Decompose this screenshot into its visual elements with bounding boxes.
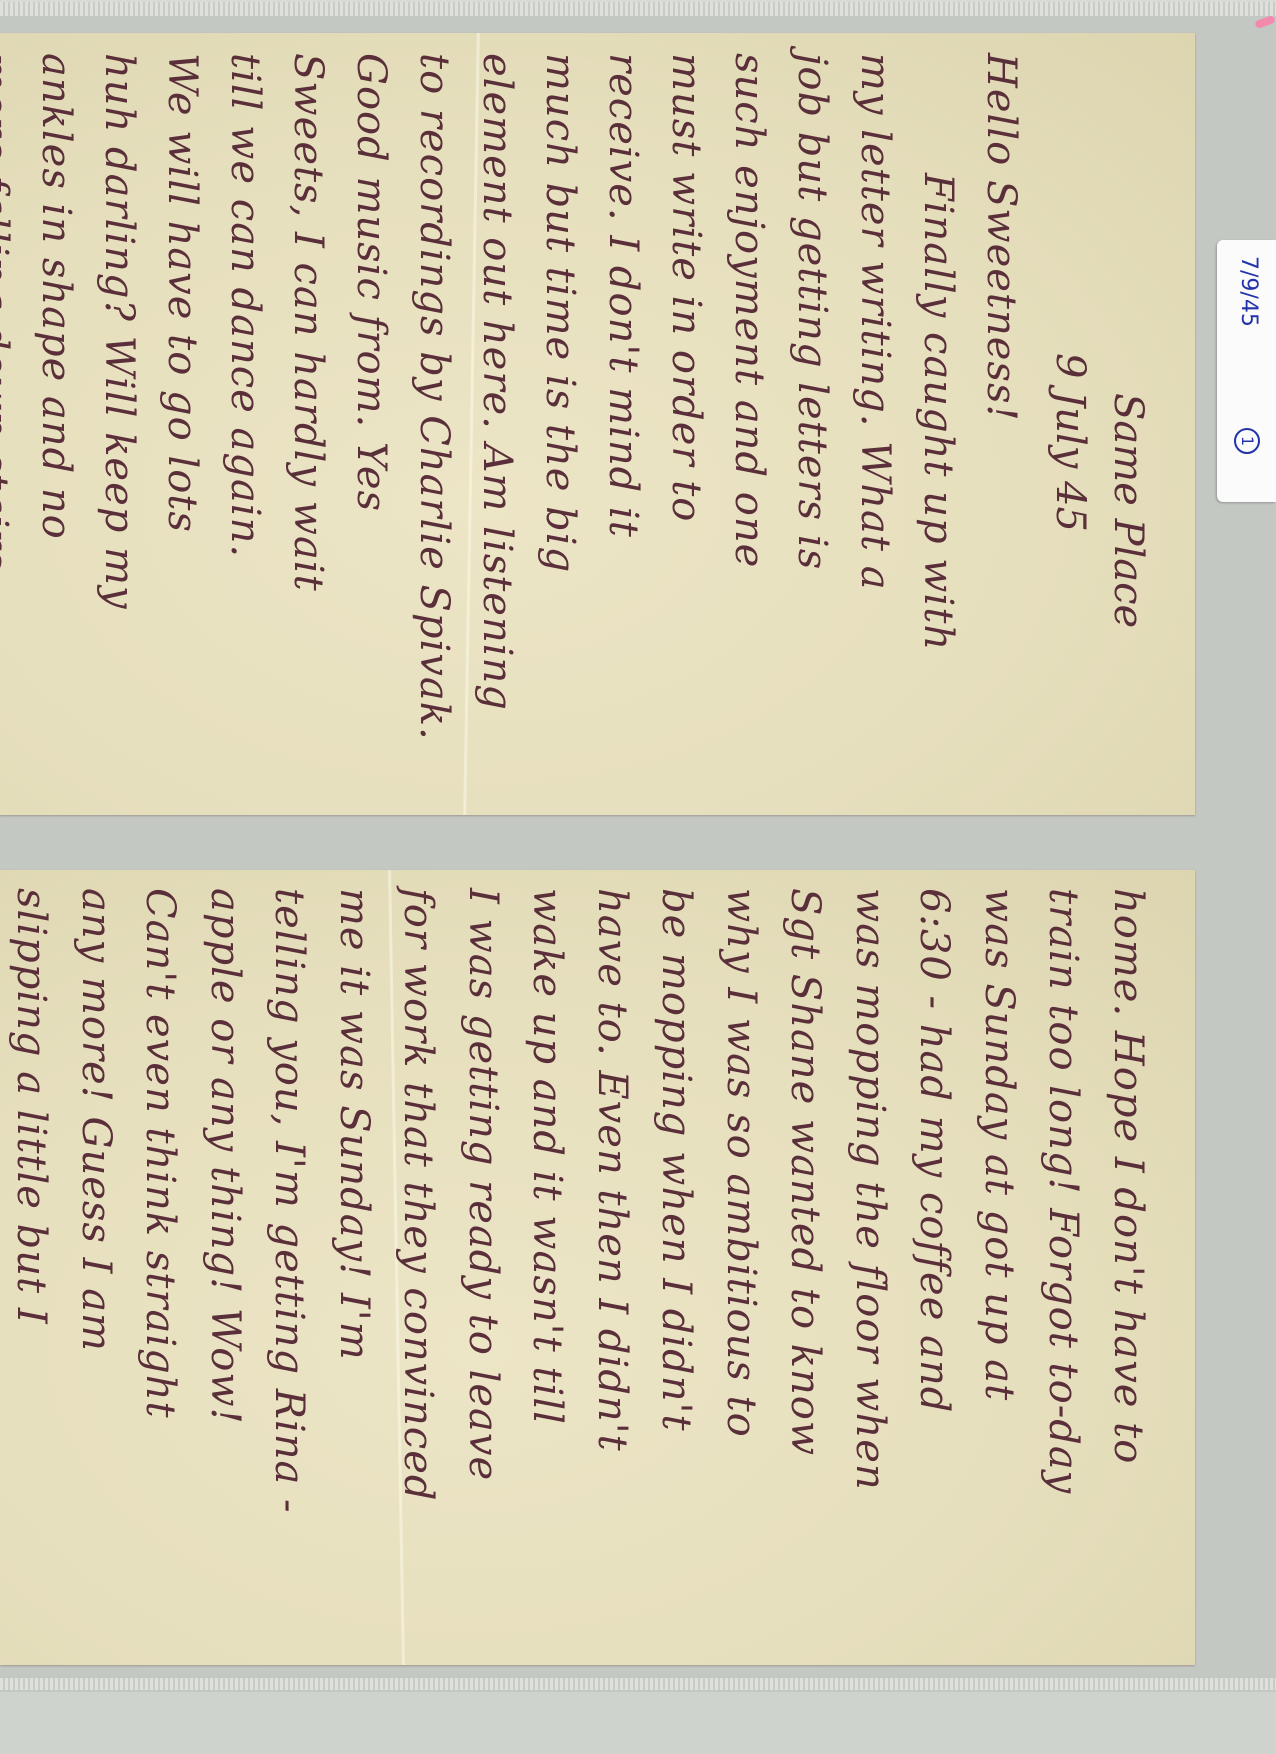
page-number-circle: 1 xyxy=(1234,428,1260,454)
letter-line: me it was Sunday! I'm xyxy=(322,888,387,1648)
letter-line: have to. Even then I didn't xyxy=(580,888,645,1648)
letter-line: Can't even think straight xyxy=(128,888,193,1648)
letter-date: 9 July 45 xyxy=(1038,353,1102,532)
letter-line: more falling down stairs xyxy=(0,53,24,793)
letter-line: job but getting letters is xyxy=(780,53,843,793)
letter-line: was Sunday at got up at xyxy=(967,888,1032,1648)
letter-line: till we can dance again. xyxy=(213,53,276,793)
letter-line: must write in order to xyxy=(654,53,717,793)
letter-line: Good music from. Yes xyxy=(339,53,402,793)
page-1-writing: Same Place 9 July 45 Hello Sweetness! Fi… xyxy=(0,53,1160,793)
letter-heading: Same Place 9 July 45 xyxy=(1032,53,1160,793)
letter-line: telling you, I'm getting Rina - xyxy=(257,888,322,1648)
letter-line: Finally caught up with xyxy=(906,53,969,793)
letter-line: 6:30 - had my coffee and xyxy=(902,888,967,1648)
salutation: Hello Sweetness! xyxy=(969,53,1032,793)
letter-line: Sgt Shane wanted to know xyxy=(773,888,838,1648)
letter-line: train too long! Forgot to-day xyxy=(1031,888,1096,1648)
pink-mark xyxy=(1254,15,1276,29)
letter-line: Sweets, I can hardly wait xyxy=(276,53,339,793)
letter-page-2: home. Hope I don't have to train too lon… xyxy=(0,870,1195,1665)
letter-place: Same Place xyxy=(1096,393,1160,628)
letter-line: receive. I don't mind it xyxy=(591,53,654,793)
index-label: 7/9/45 1 xyxy=(1217,240,1276,502)
letter-line: to recordings by Charlie Spivak. xyxy=(402,53,465,793)
letter-line: be mopping when I didn't xyxy=(644,888,709,1648)
sleeve-top-seam xyxy=(0,2,1276,16)
letter-line: was mopping the floor when xyxy=(838,888,903,1648)
page-2-writing: home. Hope I don't have to train too lon… xyxy=(0,888,1160,1648)
letter-line: home. Hope I don't have to xyxy=(1096,888,1161,1648)
label-page-number: 1 xyxy=(1234,428,1261,454)
letter-line: slipping a little but I xyxy=(0,888,64,1648)
letter-line: We will have to go lots xyxy=(150,53,213,793)
letter-line: any more! Guess I am xyxy=(64,888,129,1648)
letter-line: element out here. Am listening xyxy=(465,53,528,793)
letter-page-1: Same Place 9 July 45 Hello Sweetness! Fi… xyxy=(0,33,1195,815)
sleeve-bottom-seam xyxy=(0,1678,1276,1690)
letter-line: apple or any thing! Wow! xyxy=(193,888,258,1648)
letter-line: huh darling? Will keep my xyxy=(87,53,150,793)
letter-line: why I was so ambitious to xyxy=(709,888,774,1648)
letter-line: for work that they convinced xyxy=(386,888,451,1648)
letter-line: much but time is the big xyxy=(528,53,591,793)
sleeve-bottom-area xyxy=(0,1692,1276,1754)
letter-line: ankles in shape and no xyxy=(24,53,87,793)
letter-line: I was getting ready to leave xyxy=(451,888,516,1648)
letter-line: wake up and it wasn't till xyxy=(515,888,580,1648)
letter-line: my letter writing. What a xyxy=(843,53,906,793)
label-date: 7/9/45 xyxy=(1236,256,1261,327)
letter-line: such enjoyment and one xyxy=(717,53,780,793)
